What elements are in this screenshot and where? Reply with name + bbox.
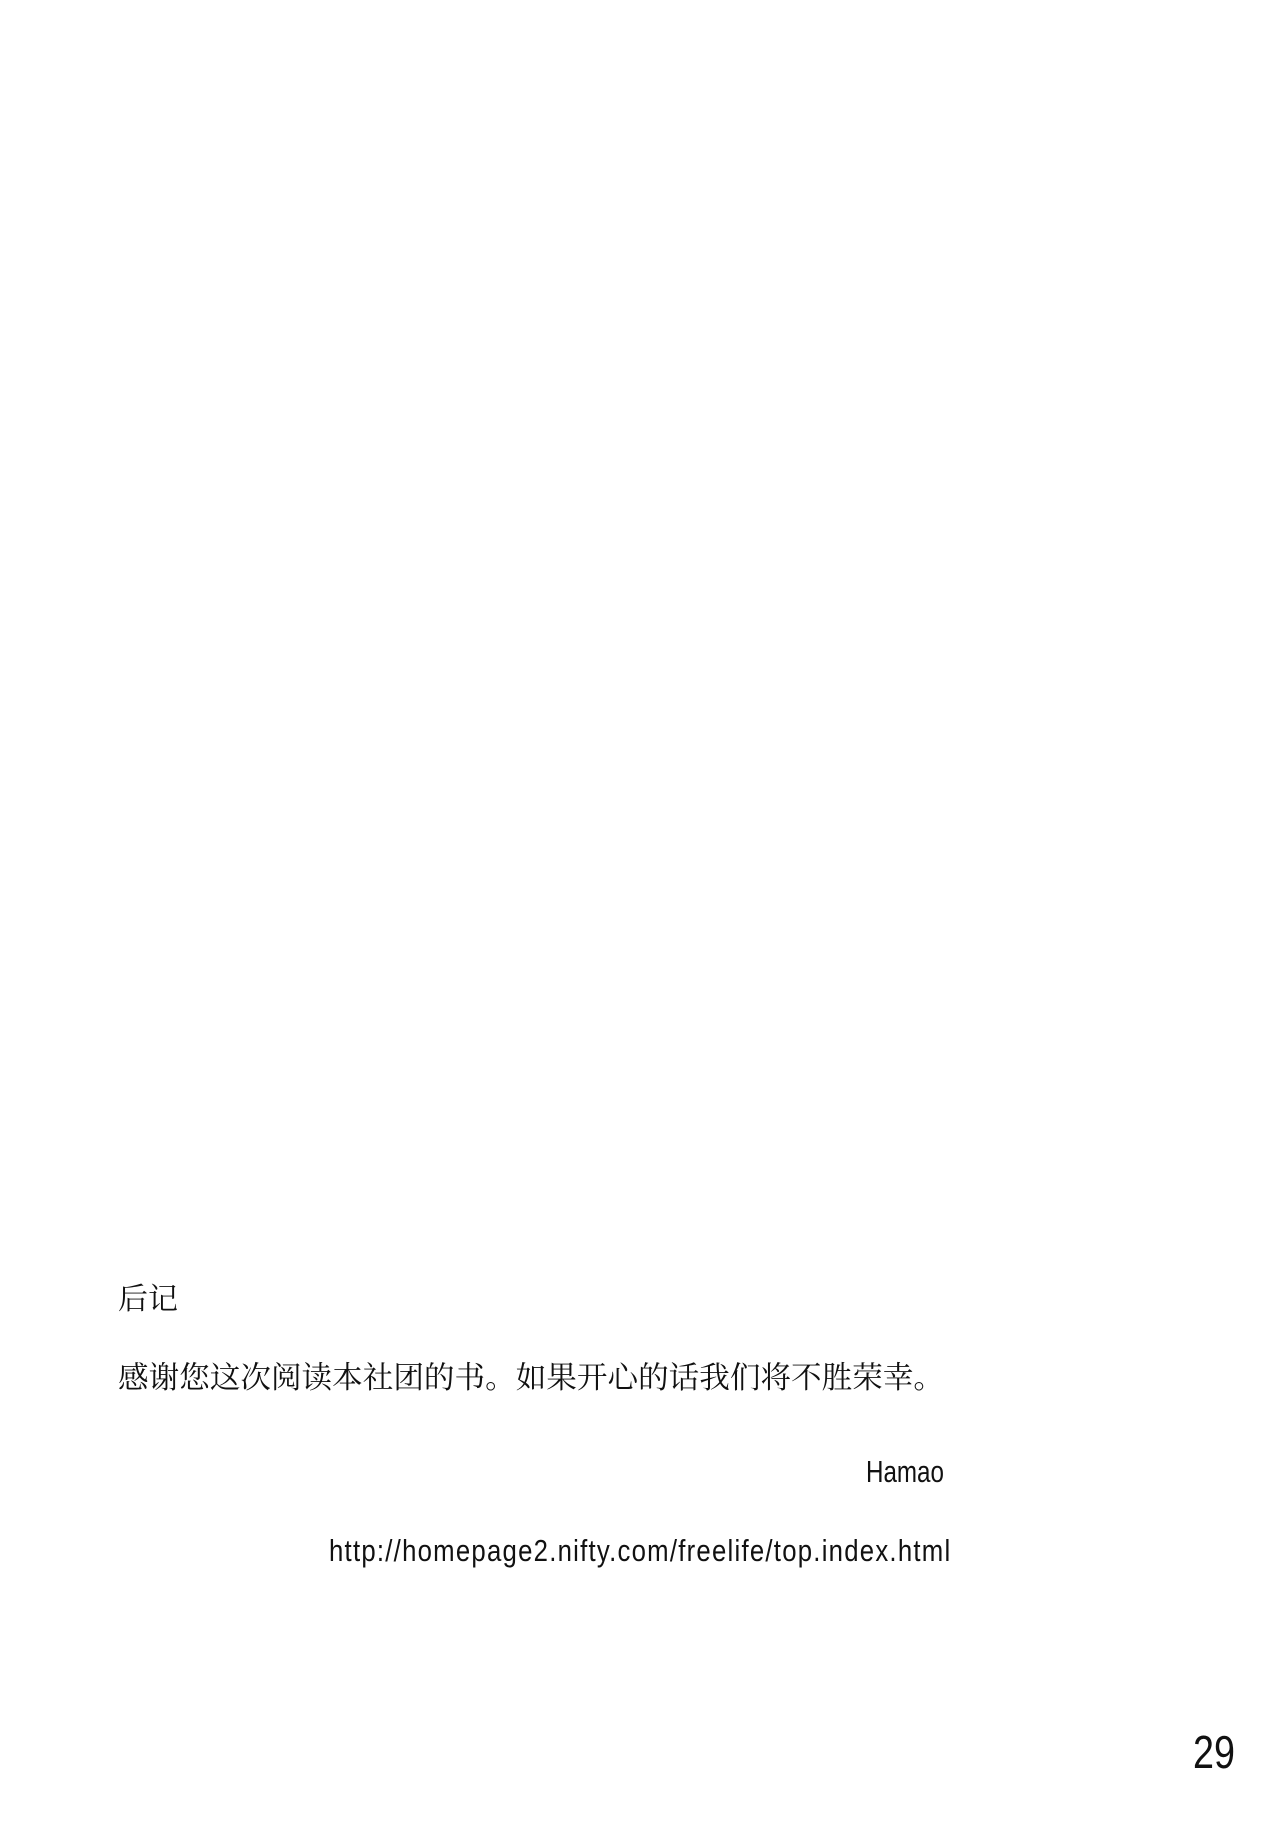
page-number: 29 <box>1193 1728 1235 1776</box>
afterword-title: 后记 <box>118 1282 178 1318</box>
website-url: http://homepage2.nifty.com/freelife/top.… <box>329 1531 951 1571</box>
afterword-message: 感谢您这次阅读本社团的书。如果开心的话我们将不胜荣幸。 <box>118 1360 944 1398</box>
author-name: Hamao <box>866 1452 944 1492</box>
